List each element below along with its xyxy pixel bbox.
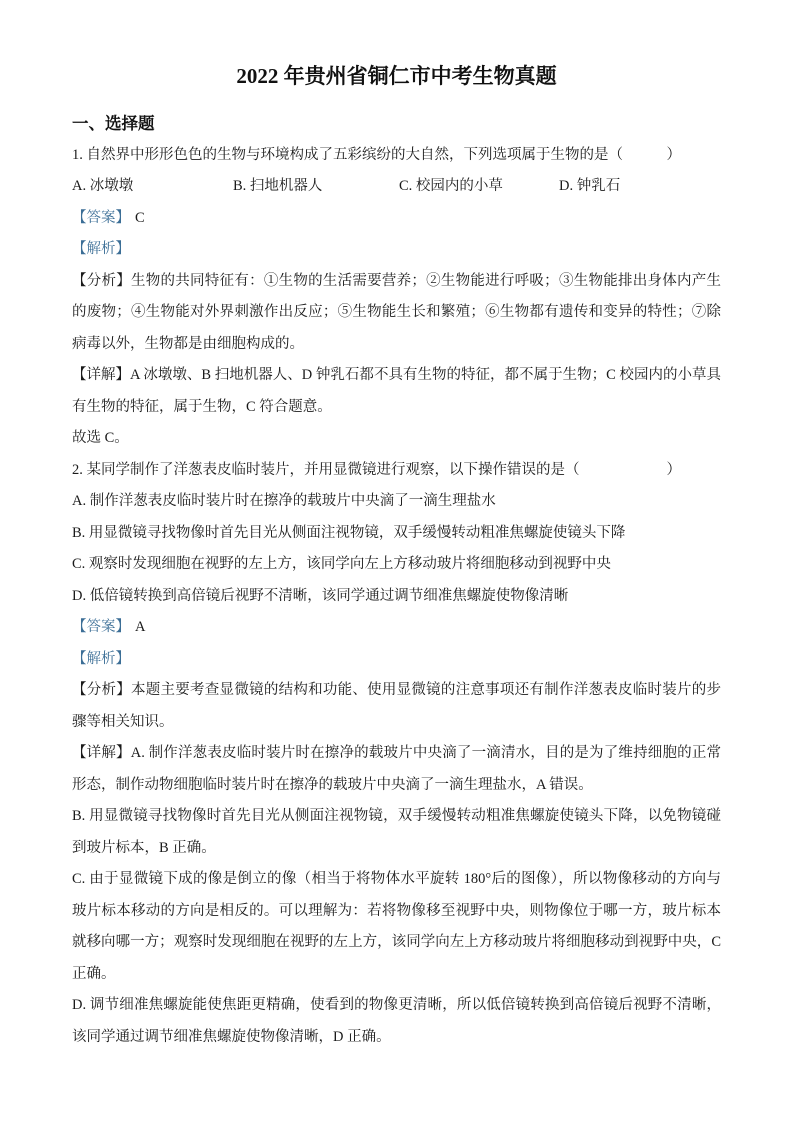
answer-label: 【答案】 (72, 619, 130, 635)
question-2-detail-c: C. 由于显微镜下成的像是倒立的像（相当于将物体水平旋转 180°后的图像），所… (72, 864, 721, 990)
question-1-detail: 【详解】A 冰墩墩、B 扫地机器人、D 钟乳石都不具有生物的特征，都不属于生物；… (72, 360, 721, 423)
question-2-detail-a: 【详解】A. 制作洋葱表皮临时装片时在擦净的载玻片中央滴了一滴清水，目的是为了维… (72, 738, 721, 801)
question-2-answer: A (135, 619, 145, 635)
question-2-detail-d: D. 调节细准焦螺旋能使焦距更精确，使看到的物像更清晰，所以低倍镜转换到高倍镜后… (72, 990, 721, 1053)
question-1-explanation-label: 【解析】 (72, 234, 721, 266)
question-1-options: A. 冰墩墩 B. 扫地机器人 C. 校园内的小草 D. 钟乳石 (72, 171, 721, 203)
answer-label: 【答案】 (72, 210, 130, 226)
document-page: 2022 年贵州省铜仁市中考生物真题 一、选择题 1. 自然界中形形色色的生物与… (0, 0, 793, 1122)
question-1-stem: 1. 自然界中形形色色的生物与环境构成了五彩缤纷的大自然，下列选项属于生物的是（… (72, 140, 721, 172)
question-2-explanation-label: 【解析】 (72, 644, 721, 676)
question-1-option-c: C. 校园内的小草 (399, 171, 559, 203)
question-2-analysis: 【分析】本题主要考查显微镜的结构和功能、使用显微镜的注意事项还有制作洋葱表皮临时… (72, 675, 721, 738)
question-2-option-d: D. 低倍镜转换到高倍镜后视野不清晰，该同学通过调节细准焦螺旋使物像清晰 (72, 581, 721, 613)
question-1-answer-line: 【答案】C (72, 203, 721, 235)
question-1-option-d: D. 钟乳石 (559, 171, 721, 203)
question-1-conclusion: 故选 C。 (72, 423, 721, 455)
question-2-answer-line: 【答案】A (72, 612, 721, 644)
question-2-option-b: B. 用显微镜寻找物像时首先目光从侧面注视物镜，双手缓慢转动粗准焦螺旋使镜头下降 (72, 518, 721, 550)
question-2-option-c: C. 观察时发现细胞在视野的左上方，该同学向左上方移动玻片将细胞移动到视野中央 (72, 549, 721, 581)
question-1-option-a: A. 冰墩墩 (72, 171, 233, 203)
question-2-option-a: A. 制作洋葱表皮临时装片时在擦净的载玻片中央滴了一滴生理盐水 (72, 486, 721, 518)
page-title: 2022 年贵州省铜仁市中考生物真题 (72, 62, 721, 90)
question-1-answer: C (135, 210, 145, 226)
question-2-stem: 2. 某同学制作了洋葱表皮临时装片，并用显微镜进行观察，以下操作错误的是（ ） (72, 455, 721, 487)
question-1-option-b: B. 扫地机器人 (233, 171, 399, 203)
question-2-detail-b: B. 用显微镜寻找物像时首先目光从侧面注视物镜，双手缓慢转动粗准焦螺旋使镜头下降… (72, 801, 721, 864)
question-1-analysis: 【分析】生物的共同特征有：①生物的生活需要营养；②生物能进行呼吸；③生物能排出身… (72, 266, 721, 361)
section-heading: 一、选择题 (72, 108, 721, 140)
